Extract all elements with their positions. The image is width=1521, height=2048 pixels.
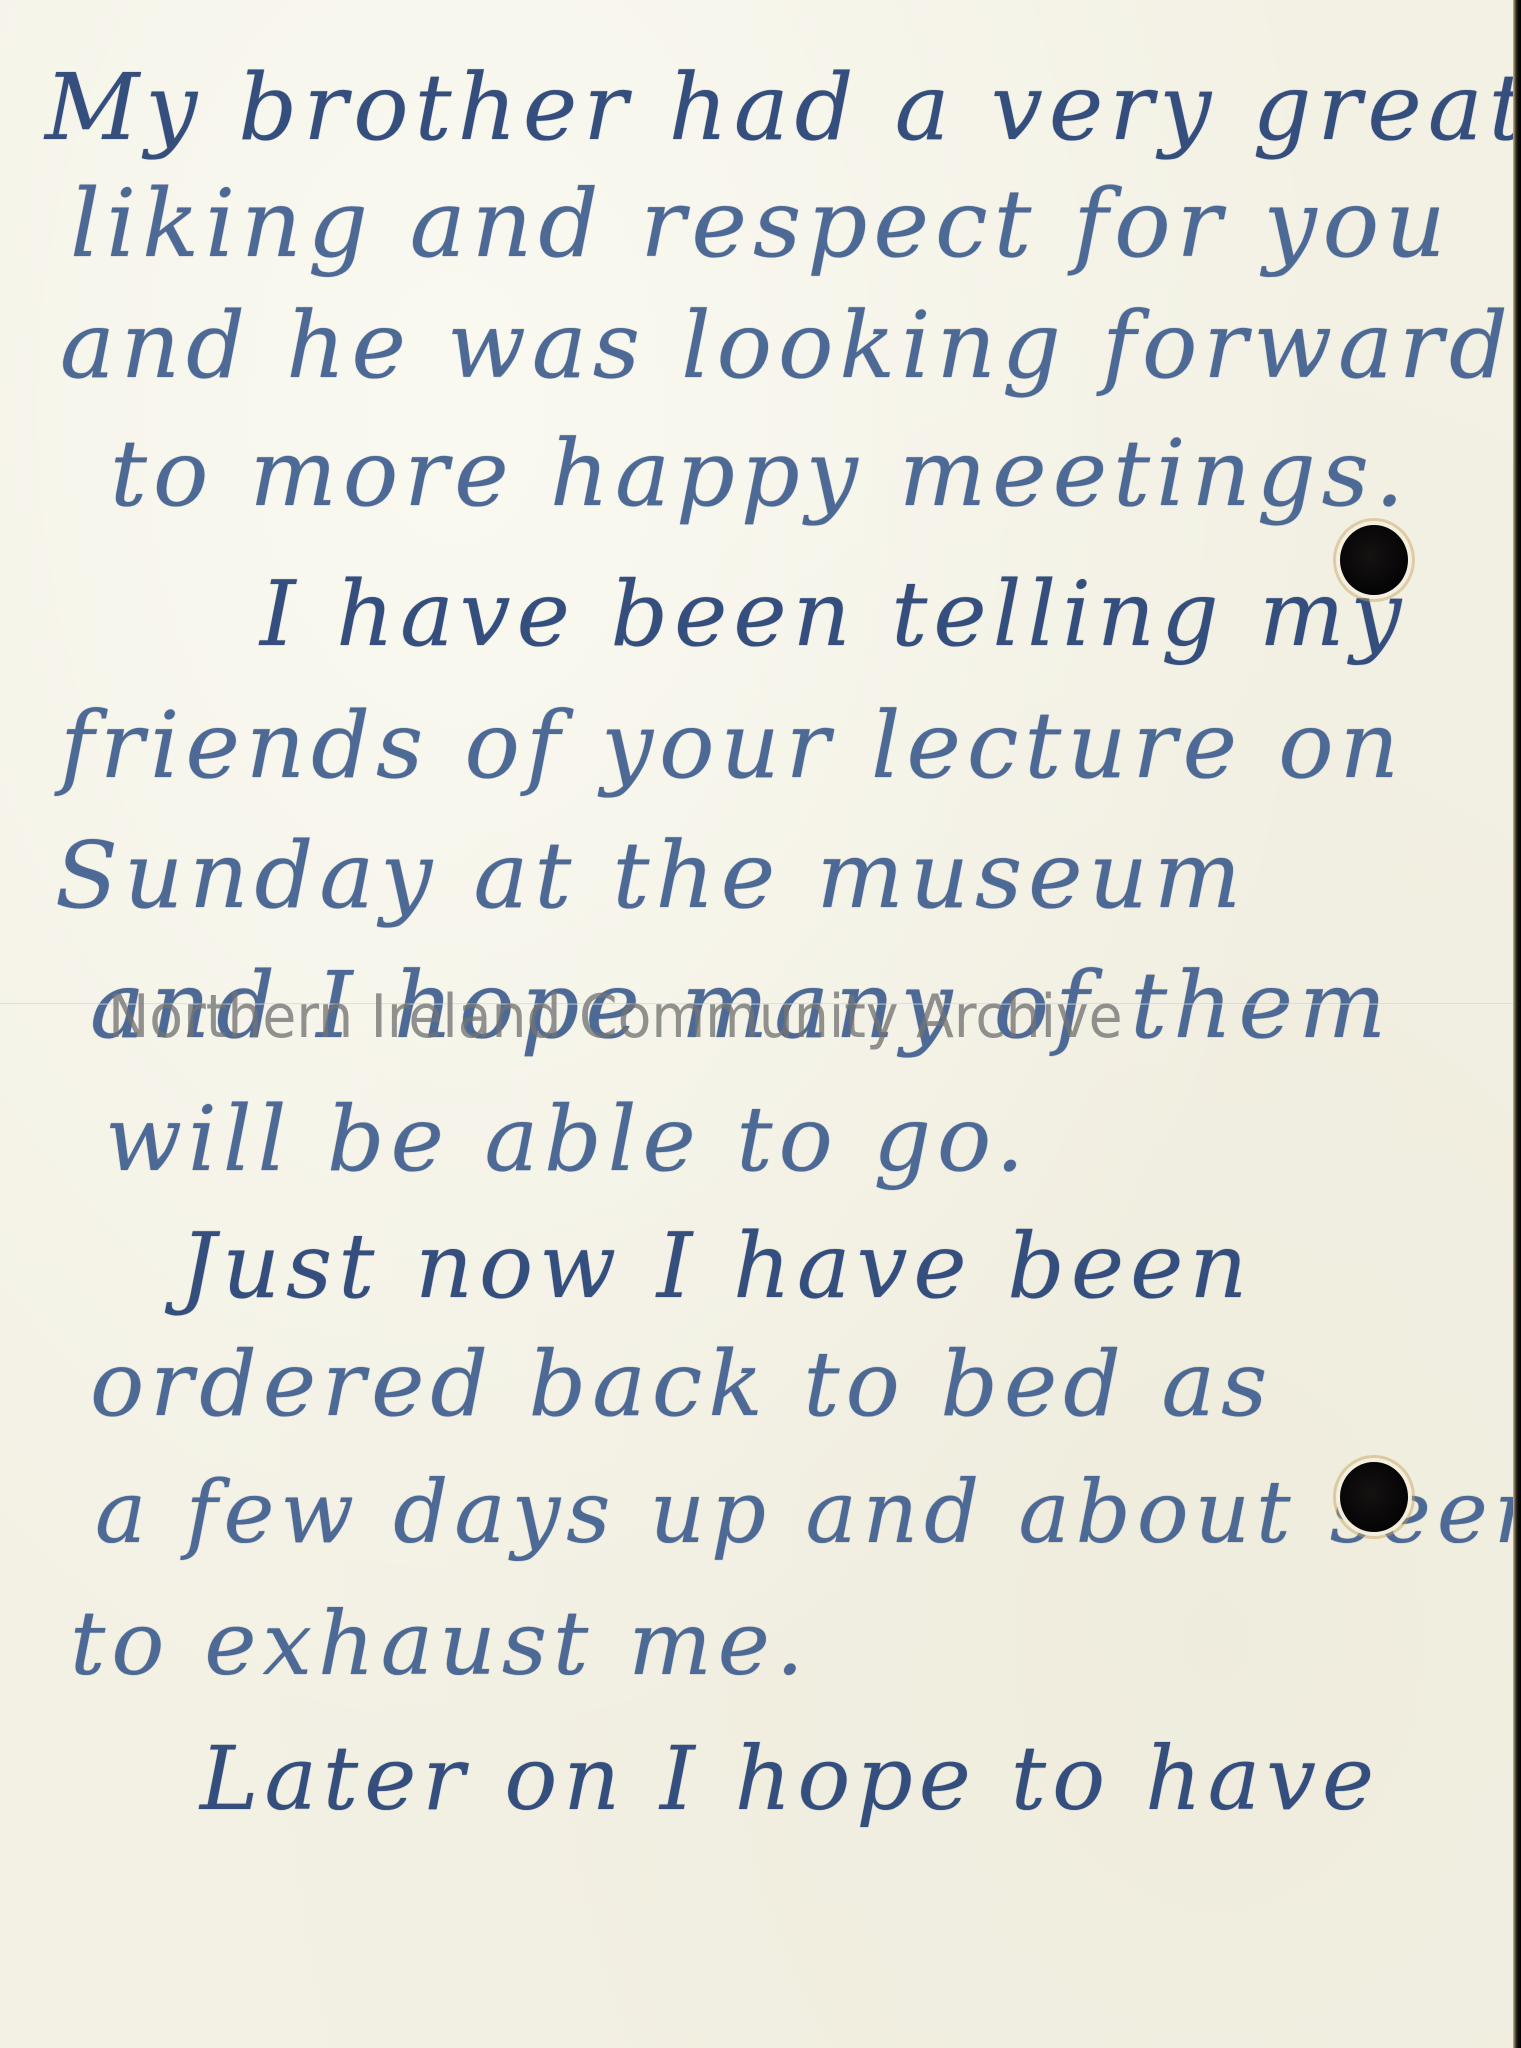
handwritten-line-6: friends of your lecture on: [60, 700, 1405, 792]
punch-hole-bottom: [1340, 1462, 1408, 1532]
letter-page: My brother had a very great liking and r…: [0, 0, 1521, 2048]
handwritten-line-5: I have been telling my: [260, 570, 1407, 660]
archive-watermark: Northern Ireland Community Archive: [108, 982, 1123, 1052]
handwritten-line-4: to more happy meetings.: [110, 428, 1410, 520]
scan-edge-shadow: [1513, 0, 1521, 2048]
punch-hole-top: [1340, 525, 1408, 595]
handwritten-line-2: liking and respect for you: [70, 178, 1452, 272]
handwritten-line-14: Later on I hope to have: [200, 1735, 1380, 1823]
handwritten-line-12: a few days up and about seem: [95, 1470, 1521, 1556]
handwritten-line-11: ordered back to bed as: [90, 1340, 1273, 1430]
handwritten-line-3: and he was looking forward: [60, 300, 1514, 392]
handwritten-line-10: Just now I have been: [180, 1222, 1253, 1312]
handwritten-line-1: My brother had a very great: [45, 62, 1521, 154]
handwritten-line-13: to exhaust me.: [70, 1600, 810, 1688]
handwritten-line-7: Sunday at the museum: [55, 830, 1247, 922]
handwritten-line-9: will be able to go.: [105, 1095, 1030, 1185]
